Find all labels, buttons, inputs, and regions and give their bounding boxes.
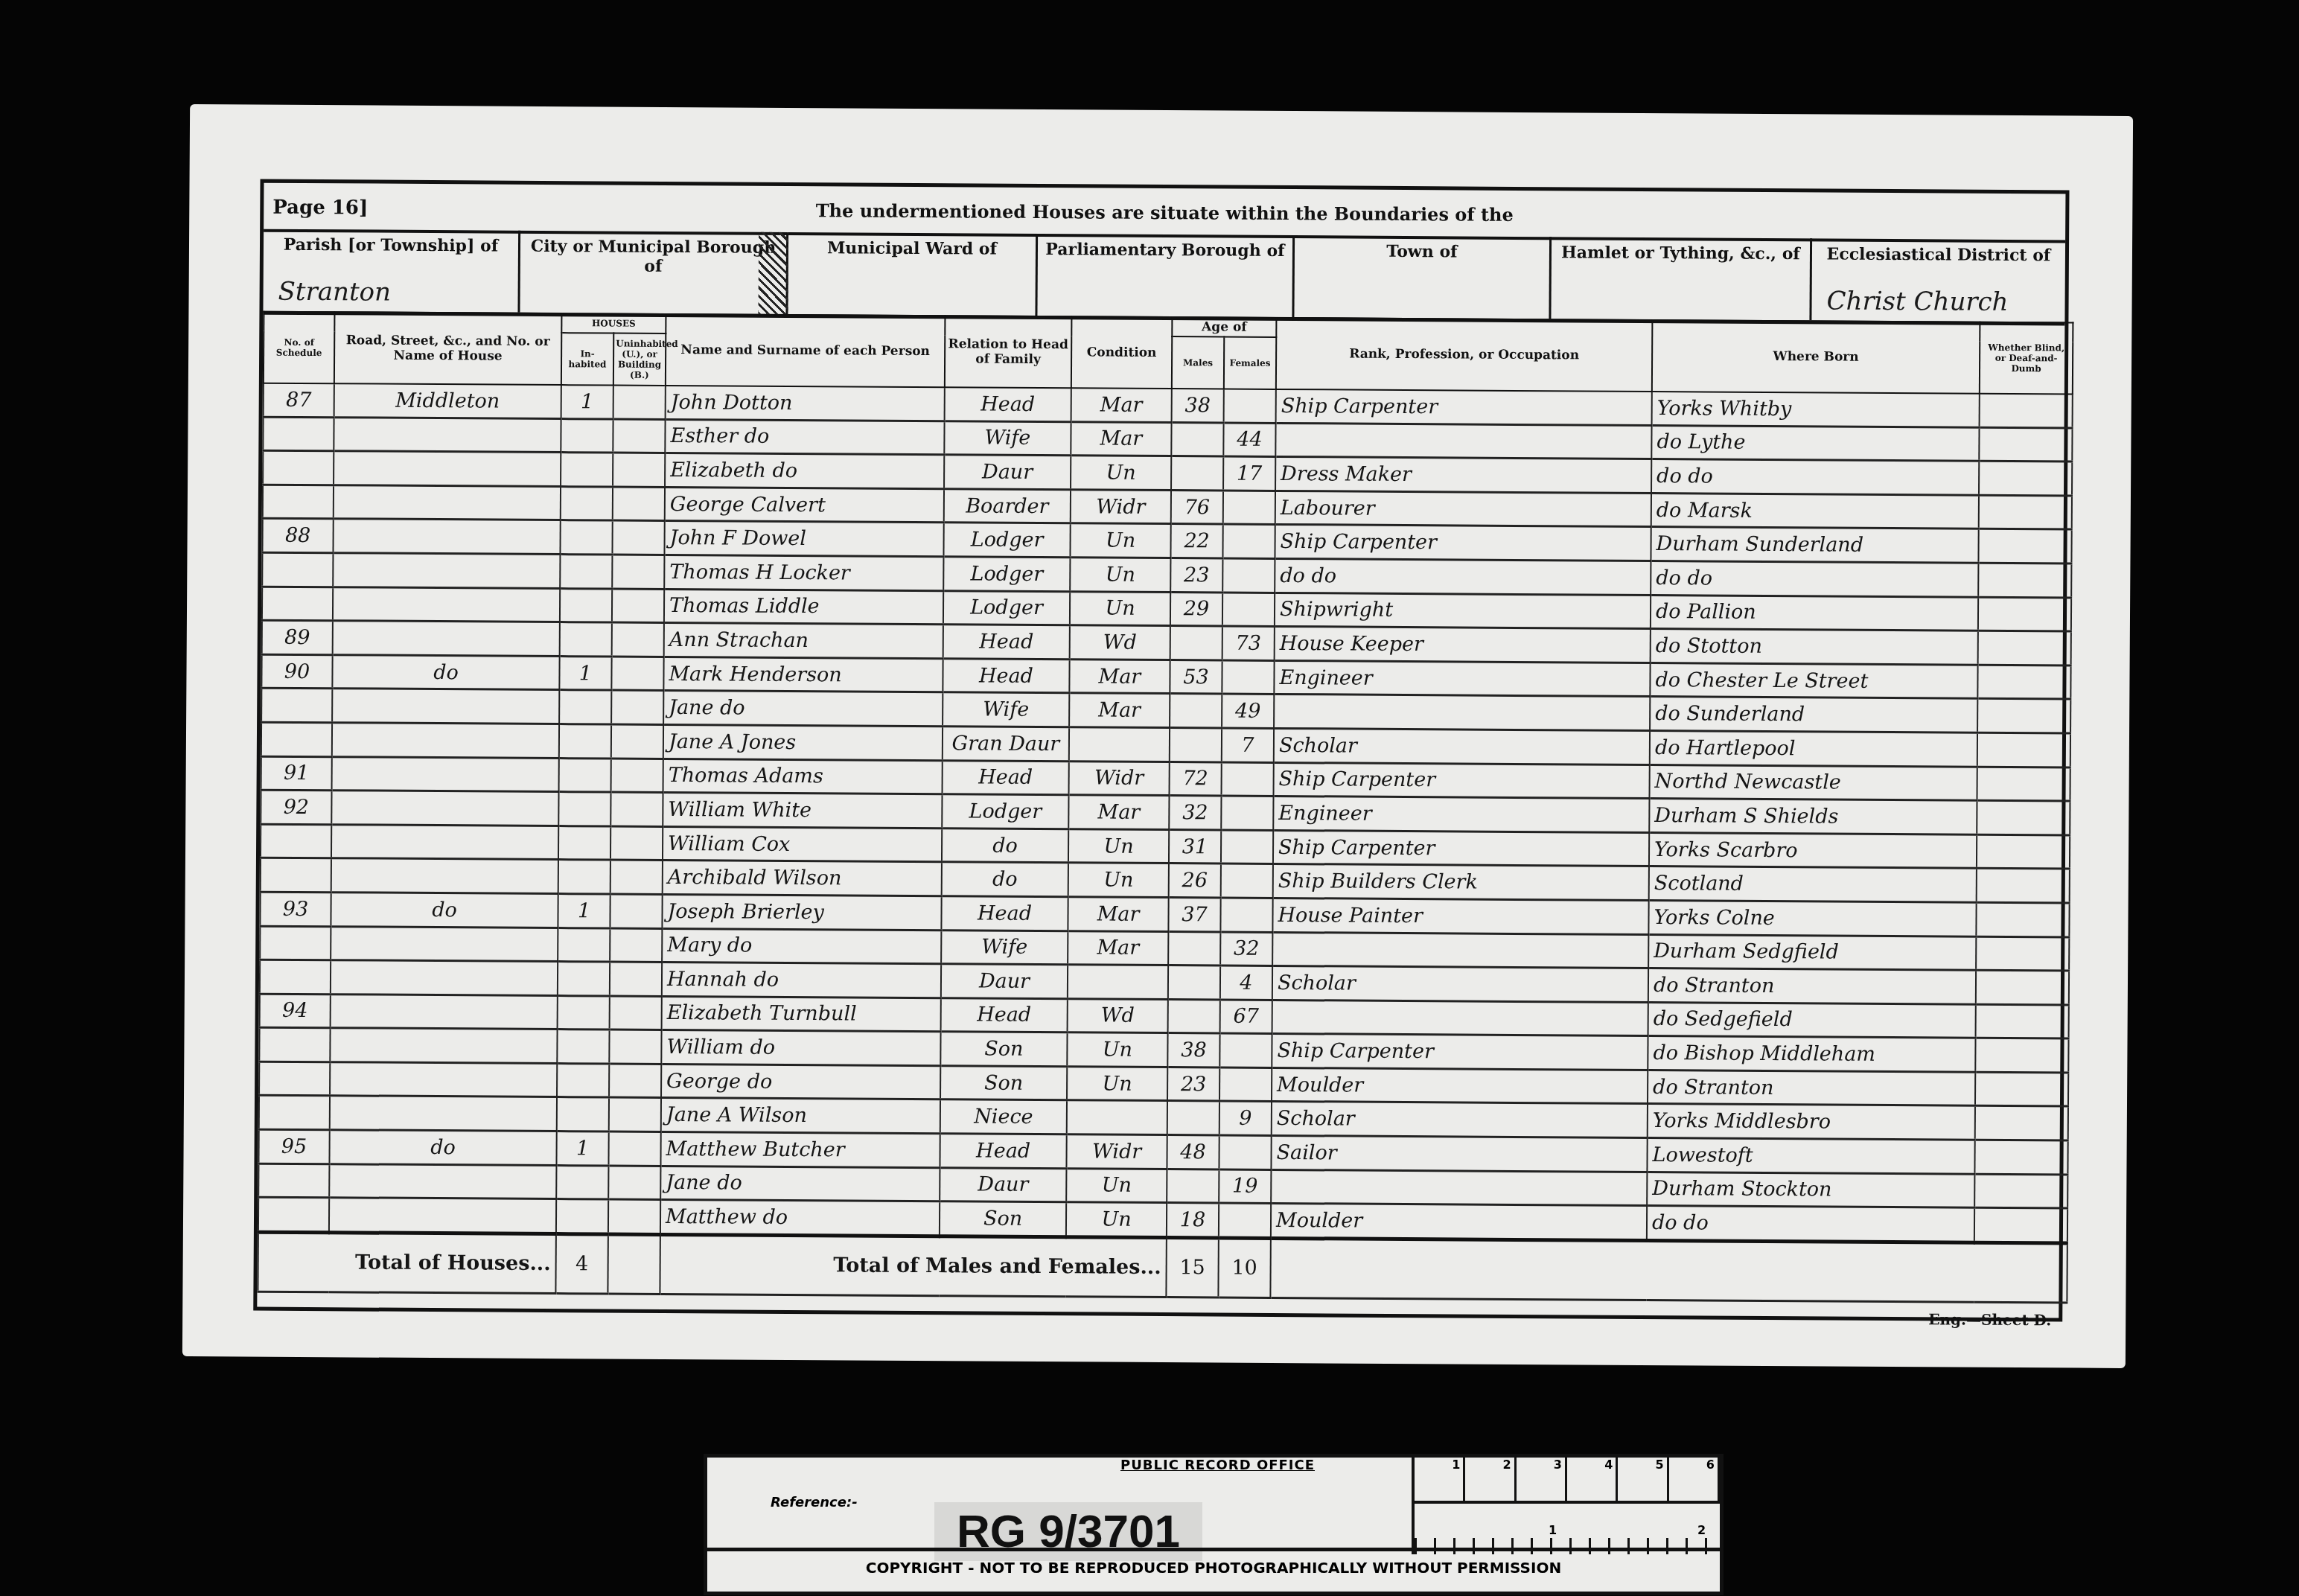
uninhabited-cell: [612, 622, 664, 657]
total-houses-uninhabited: [608, 1234, 660, 1294]
relation-cell: Head: [945, 387, 1071, 421]
female-age-cell: 4: [1220, 965, 1272, 1000]
boundary-parliamentary: Parliamentary Borough of: [1037, 234, 1295, 317]
name-cell: Mark Henderson: [663, 657, 943, 692]
condition-cell: Un: [1068, 863, 1169, 897]
schedule-cell: [263, 417, 334, 451]
name-cell: George do: [661, 1064, 940, 1099]
uninhabited-cell: [612, 520, 664, 555]
uninhabited-cell: [610, 996, 662, 1030]
road-cell: [331, 858, 558, 893]
occupation-cell: Scholar: [1272, 1102, 1648, 1138]
infirmity-cell: [1975, 1038, 2068, 1072]
name-cell: William Cox: [663, 826, 942, 862]
ruler-tick: 2: [1465, 1458, 1516, 1501]
ruler-tick: 3: [1517, 1458, 1567, 1501]
uninhabited-cell: [612, 589, 664, 623]
inhabited-cell: [556, 1165, 608, 1199]
inhabited-cell: 1: [559, 656, 611, 690]
birthplace-cell: do Bishop Middleham: [1648, 1036, 1975, 1072]
hatched-area: [758, 232, 788, 314]
name-cell: Hannah do: [662, 963, 941, 998]
copyright-notice: COPYRIGHT - NOT TO BE REPRODUCED PHOTOGR…: [707, 1548, 1720, 1587]
totals-row: Total of Houses... 4 Total of Males and …: [258, 1232, 2067, 1303]
male-age-cell: [1167, 1169, 1219, 1203]
birthplace-cell: Yorks Scarbro: [1649, 832, 1977, 868]
name-cell: Thomas H Locker: [664, 555, 943, 590]
condition-cell: Wd: [1070, 625, 1170, 660]
schedule-cell: 87: [264, 383, 334, 418]
inhabited-cell: [556, 1199, 608, 1234]
condition-cell: Mar: [1069, 693, 1170, 727]
name-cell: John F Dowel: [664, 521, 943, 557]
male-age-cell: [1170, 626, 1222, 660]
condition-cell: Un: [1067, 1067, 1167, 1101]
female-age-cell: [1221, 864, 1273, 898]
occupation-cell: Scholar: [1274, 728, 1650, 765]
infirmity-cell: [1976, 1004, 2069, 1038]
name-cell: Jane do: [663, 691, 943, 727]
schedule-cell: [261, 722, 332, 756]
condition-cell: Un: [1067, 1032, 1167, 1067]
name-cell: Ann Strachan: [664, 623, 943, 659]
male-age-cell: [1167, 1101, 1219, 1135]
road-cell: [333, 553, 560, 588]
schedule-cell: [259, 1062, 330, 1096]
schedule-cell: [263, 450, 334, 485]
boundary-parish-value: Stranton: [278, 277, 392, 307]
infirmity-cell: [1977, 665, 2070, 699]
birthplace-cell: do Stranton: [1648, 968, 1976, 1004]
boundary-parish: Parish [or Township] of Stranton: [263, 229, 520, 313]
road-cell: [332, 756, 559, 791]
col-occupation: Rank, Profession, or Occupation: [1276, 318, 1653, 392]
male-age-cell: 38: [1172, 389, 1224, 423]
road-cell: [329, 1164, 556, 1198]
birthplace-cell: Durham S Shields: [1649, 799, 1977, 834]
infirmity-cell: [1977, 767, 2070, 801]
female-age-cell: [1222, 558, 1275, 593]
occupation-cell: [1271, 1169, 1647, 1206]
schedule-cell: [259, 1096, 330, 1130]
road-cell: [334, 451, 561, 486]
ruler-tick: 1: [1549, 1523, 1557, 1537]
male-age-cell: 22: [1170, 524, 1222, 558]
infirmity-cell: [1977, 869, 2070, 903]
ruler-top-scale: 123456: [1415, 1458, 1720, 1504]
relation-cell: Daur: [941, 964, 1068, 999]
relation-cell: Head: [940, 1134, 1066, 1169]
total-houses-inhabited: 4: [555, 1233, 608, 1293]
inhabited-cell: [558, 995, 610, 1030]
infirmity-cell: [1975, 1072, 2068, 1106]
occupation-cell: Engineer: [1273, 797, 1649, 833]
birthplace-cell: do Sunderland: [1650, 697, 1977, 732]
occupation-cell: Dress Maker: [1275, 457, 1651, 494]
relation-cell: Niece: [940, 1099, 1067, 1134]
inhabited-cell: [557, 1097, 609, 1131]
inhabited-cell: [560, 555, 612, 589]
uninhabited-cell: [613, 386, 666, 420]
occupation-cell: House Painter: [1272, 898, 1648, 934]
occupation-cell: do do: [1275, 558, 1651, 595]
boundaries-row: Parish [or Township] of Stranton City or…: [263, 229, 2065, 326]
condition-cell: Widr: [1069, 761, 1170, 795]
schedule-cell: [258, 1164, 329, 1198]
road-cell: do: [331, 893, 558, 928]
occupation-cell: Ship Carpenter: [1272, 1034, 1648, 1070]
schedule-cell: 90: [261, 654, 332, 689]
condition-cell: Un: [1070, 591, 1170, 625]
condition-cell: Un: [1066, 1202, 1167, 1237]
schedule-cell: [260, 960, 331, 994]
name-cell: Jane do: [660, 1166, 940, 1201]
infirmity-cell: [1979, 427, 2072, 462]
inhabited-cell: [558, 792, 610, 826]
uninhabited-cell: [608, 1131, 660, 1166]
name-cell: John Dotton: [666, 386, 945, 421]
uninhabited-cell: [609, 1064, 661, 1098]
condition-cell: [1068, 965, 1168, 999]
relation-cell: Lodger: [943, 523, 1070, 558]
ruler-bottom-scale: 12: [1415, 1504, 1720, 1554]
uninhabited-cell: [612, 555, 664, 589]
female-age-cell: [1222, 524, 1275, 558]
col-inhabited: In-habited: [561, 333, 613, 385]
schedule-cell: 91: [261, 756, 332, 791]
col-uninhabited: Uninhabited (U.), or Building (B.): [613, 333, 666, 386]
birthplace-cell: Lowestoft: [1647, 1138, 1974, 1174]
female-age-cell: 49: [1222, 694, 1274, 728]
schedule-cell: [261, 858, 331, 892]
birthplace-cell: do Marsk: [1651, 493, 1979, 529]
relation-cell: Son: [940, 1066, 1067, 1101]
road-cell: [331, 994, 558, 1029]
road-cell: [334, 485, 561, 520]
ruler-tick: 1: [1415, 1458, 1465, 1501]
ruler-tick: 5: [1618, 1458, 1668, 1501]
road-cell: [331, 791, 558, 826]
infirmity-cell: [1978, 529, 2071, 564]
schedule-cell: [262, 587, 333, 621]
name-cell: William White: [663, 793, 942, 829]
infirmity-cell: [1979, 495, 2072, 529]
male-age-cell: 53: [1170, 660, 1222, 694]
uninhabited-cell: [609, 1097, 661, 1131]
female-age-cell: [1223, 491, 1275, 525]
female-age-cell: 9: [1219, 1101, 1272, 1135]
male-age-cell: [1168, 931, 1220, 965]
male-age-cell: 72: [1170, 762, 1222, 796]
col-relation: Relation to Head of Family: [945, 316, 1072, 388]
relation-cell: Lodger: [942, 794, 1068, 829]
boundary-ecclesiastical-value: Christ Church: [1826, 286, 2008, 316]
infirmity-cell: [1977, 800, 2070, 834]
col-born: Where Born: [1652, 320, 1980, 394]
infirmity-cell: [1976, 970, 2069, 1004]
male-age-cell: [1170, 694, 1222, 728]
uninhabited-cell: [611, 690, 663, 724]
relation-cell: Wife: [943, 692, 1069, 727]
birthplace-cell: do Pallion: [1651, 595, 1978, 631]
road-cell: [331, 824, 558, 859]
reference-card: PUBLIC RECORD OFFICE Reference:- RG 9/37…: [704, 1454, 1724, 1595]
female-age-cell: 67: [1220, 1000, 1272, 1034]
inhabited-cell: [559, 690, 611, 724]
uninhabited-cell: [613, 487, 665, 521]
road-cell: [334, 417, 561, 452]
schedule-cell: [261, 688, 332, 722]
relation-cell: Lodger: [943, 590, 1070, 625]
condition-cell: Mar: [1068, 897, 1168, 931]
male-age-cell: [1168, 965, 1220, 1000]
birthplace-cell: do Chester Le Street: [1650, 663, 1977, 698]
inhabited-cell: [560, 622, 612, 657]
occupation-cell: Moulder: [1271, 1204, 1647, 1241]
boundary-city: City or Municipal Borough of: [520, 231, 788, 314]
female-age-cell: [1219, 1033, 1272, 1067]
male-age-cell: 76: [1171, 490, 1223, 524]
inhabited-cell: [560, 520, 612, 555]
condition-cell: Widr: [1071, 490, 1171, 524]
male-age-cell: 31: [1169, 829, 1221, 864]
boundary-town: Town of: [1294, 235, 1552, 319]
total-houses-label: Total of Houses...: [258, 1232, 555, 1293]
relation-cell: Head: [943, 760, 1069, 795]
road-cell: [330, 1062, 557, 1097]
name-cell: Esther do: [665, 419, 944, 455]
schedule-cell: 92: [261, 790, 331, 824]
birthplace-cell: Yorks Colne: [1648, 900, 1976, 936]
infirmity-cell: [1980, 394, 2073, 428]
occupation-cell: [1274, 695, 1650, 731]
birthplace-cell: Durham Stockton: [1647, 1172, 1974, 1207]
male-age-cell: [1170, 728, 1222, 762]
col-name: Name and Surname of each Person: [666, 314, 946, 387]
infirmity-cell: [1974, 1140, 2067, 1174]
female-age-cell: 44: [1223, 423, 1275, 457]
name-cell: Mary do: [662, 928, 941, 964]
occupation-cell: [1272, 1000, 1648, 1036]
female-age-cell: [1222, 762, 1274, 797]
name-cell: Matthew do: [660, 1200, 940, 1236]
uninhabited-cell: [610, 792, 663, 826]
birthplace-cell: do Lythe: [1651, 425, 1979, 461]
condition-cell: Un: [1071, 456, 1171, 490]
condition-cell: Mar: [1069, 660, 1170, 694]
inhabited-cell: [558, 826, 610, 860]
relation-cell: Head: [941, 896, 1068, 931]
boundary-ecclesiastical: Ecclesiastical District of Christ Church: [1811, 238, 2065, 322]
col-age: Age of: [1172, 317, 1276, 337]
relation-cell: Boarder: [944, 489, 1071, 524]
name-cell: Thomas Liddle: [664, 589, 943, 625]
inhabited-cell: [558, 928, 610, 962]
relation-cell: Daur: [940, 1167, 1066, 1202]
female-age-cell: [1222, 660, 1274, 695]
condition-cell: Widr: [1066, 1134, 1167, 1169]
uninhabited-cell: [610, 860, 663, 894]
female-age-cell: [1219, 1067, 1272, 1102]
relation-cell: Lodger: [943, 557, 1070, 592]
infirmity-cell: [1976, 902, 2069, 936]
male-age-cell: 37: [1168, 898, 1220, 932]
form-title: The undermentioned Houses are situate wi…: [264, 197, 2065, 229]
male-age-cell: 18: [1167, 1203, 1219, 1238]
uninhabited-cell: [609, 1030, 661, 1064]
infirmity-cell: [1978, 631, 2071, 665]
schedule-cell: [261, 824, 331, 858]
relation-cell: do: [942, 828, 1068, 863]
occupation-cell: Ship Carpenter: [1274, 762, 1650, 799]
birthplace-cell: do do: [1651, 561, 1978, 597]
schedule-cell: 88: [262, 519, 333, 553]
census-rows: 87Middleton1John DottonHeadMar38Ship Car…: [258, 383, 2073, 1243]
male-age-cell: 23: [1170, 558, 1222, 593]
condition-cell: [1067, 1100, 1167, 1134]
infirmity-cell: [1979, 461, 2072, 495]
male-age-cell: [1171, 422, 1223, 456]
female-age-cell: [1222, 593, 1275, 627]
inhabited-cell: [561, 486, 613, 520]
male-age-cell: 32: [1169, 796, 1221, 830]
inhabited-cell: [559, 758, 611, 792]
infirmity-cell: [1977, 732, 2070, 767]
schedule-cell: [263, 485, 334, 519]
uninhabited-cell: [610, 826, 663, 861]
schedule-cell: 94: [260, 994, 331, 1028]
infirmity-cell: [1974, 1207, 2067, 1242]
road-cell: [331, 960, 558, 995]
female-age-cell: 17: [1223, 456, 1275, 491]
infirmity-cell: [1978, 597, 2071, 631]
inhabited-cell: [557, 1030, 609, 1064]
birthplace-cell: do Hartlepool: [1650, 730, 1977, 766]
name-cell: Matthew Butcher: [660, 1131, 940, 1167]
relation-cell: Son: [940, 1201, 1066, 1237]
occupation-cell: Shipwright: [1275, 593, 1651, 629]
ruler-tick: 2: [1697, 1523, 1706, 1537]
birthplace-cell: Scotland: [1649, 866, 1977, 902]
infirmity-cell: [1977, 834, 2070, 869]
male-age-cell: 48: [1167, 1135, 1219, 1169]
birthplace-cell: do Sedgefield: [1648, 1002, 1976, 1038]
condition-cell: Un: [1066, 1168, 1167, 1202]
col-houses: HOUSES: [561, 313, 666, 333]
schedule-cell: 95: [258, 1129, 329, 1164]
occupation-cell: Labourer: [1275, 491, 1651, 527]
road-cell: [333, 587, 560, 622]
road-cell: do: [332, 654, 559, 689]
name-cell: Jane A Wilson: [661, 1098, 940, 1134]
inhabited-cell: 1: [558, 893, 610, 928]
condition-cell: Wd: [1068, 998, 1168, 1032]
name-cell: Elizabeth do: [665, 453, 944, 489]
road-cell: Middleton: [334, 383, 561, 418]
road-cell: [333, 621, 560, 656]
record-office: PUBLIC RECORD OFFICE: [1120, 1458, 1315, 1473]
condition-cell: Un: [1070, 523, 1170, 558]
male-age-cell: 29: [1170, 592, 1222, 626]
occupation-cell: [1272, 932, 1648, 968]
uninhabited-cell: [613, 419, 665, 453]
relation-cell: do: [942, 862, 1068, 897]
sheet-mark: Eng.—Sheet D.: [1928, 1310, 2051, 1329]
infirmity-cell: [1978, 563, 2071, 597]
name-cell: Elizabeth Turnbull: [662, 996, 941, 1032]
road-cell: [332, 689, 559, 724]
relation-cell: Head: [941, 997, 1068, 1032]
uninhabited-cell: [608, 1199, 660, 1234]
road-cell: [332, 723, 559, 758]
census-form: Page 16] The undermentioned Houses are s…: [253, 179, 2069, 1322]
relation-cell: Son: [940, 1032, 1067, 1067]
scale-ruler: 123456 12: [1412, 1458, 1720, 1554]
schedule-cell: 93: [260, 892, 331, 926]
total-females: 10: [1218, 1238, 1270, 1297]
condition-cell: Un: [1070, 558, 1170, 592]
birthplace-cell: Durham Sunderland: [1651, 527, 1978, 563]
boundary-hamlet: Hamlet or Tything, &c., of: [1551, 237, 1812, 320]
col-females: Females: [1224, 337, 1276, 389]
inhabited-cell: [559, 724, 611, 759]
occupation-cell: Moulder: [1272, 1067, 1648, 1104]
census-sheet: Page 16] The undermentioned Houses are s…: [182, 104, 2133, 1368]
ruler-tick: 6: [1669, 1458, 1720, 1501]
inhabited-cell: 1: [561, 385, 613, 419]
occupation-cell: Scholar: [1272, 966, 1648, 1003]
relation-cell: Head: [943, 658, 1069, 693]
occupation-cell: Ship Builders Clerk: [1273, 864, 1649, 901]
female-age-cell: [1220, 898, 1272, 932]
birthplace-cell: Yorks Middlesbro: [1648, 1104, 1975, 1140]
schedule-cell: [260, 926, 331, 960]
female-age-cell: [1221, 830, 1273, 864]
female-age-cell: [1219, 1135, 1271, 1169]
female-age-cell: [1221, 796, 1273, 830]
infirmity-cell: [1976, 936, 2069, 971]
female-age-cell: [1219, 1203, 1271, 1238]
total-males: 15: [1166, 1237, 1218, 1297]
uninhabited-cell: [611, 724, 663, 759]
col-males: Males: [1172, 336, 1224, 389]
male-age-cell: [1171, 456, 1223, 491]
female-age-cell: [1224, 389, 1276, 424]
birthplace-cell: Durham Sedgfield: [1648, 934, 1976, 970]
inhabited-cell: [560, 588, 612, 622]
uninhabited-cell: [613, 453, 665, 487]
road-cell: [331, 926, 558, 961]
condition-cell: Mar: [1071, 388, 1172, 422]
occupation-cell: House Keeper: [1275, 627, 1651, 663]
name-cell: George Calvert: [665, 487, 944, 523]
name-cell: William do: [661, 1030, 940, 1066]
birthplace-cell: Northd Newcastle: [1650, 765, 1977, 800]
name-cell: Jane A Jones: [663, 724, 943, 760]
female-age-cell: 73: [1222, 626, 1275, 660]
col-road: Road, Street, &c., and No. or Name of Ho…: [334, 312, 562, 385]
birthplace-cell: do Stranton: [1648, 1070, 1975, 1105]
inhabited-cell: [558, 860, 610, 894]
total-persons-label: Total of Males and Females...: [660, 1234, 1166, 1297]
occupation-cell: Ship Carpenter: [1275, 525, 1651, 561]
road-cell: [329, 1198, 556, 1233]
condition-cell: Un: [1068, 829, 1169, 863]
condition-cell: [1069, 727, 1170, 762]
inhabited-cell: [557, 1063, 609, 1097]
relation-cell: Wife: [941, 930, 1068, 965]
road-cell: do: [329, 1130, 556, 1165]
